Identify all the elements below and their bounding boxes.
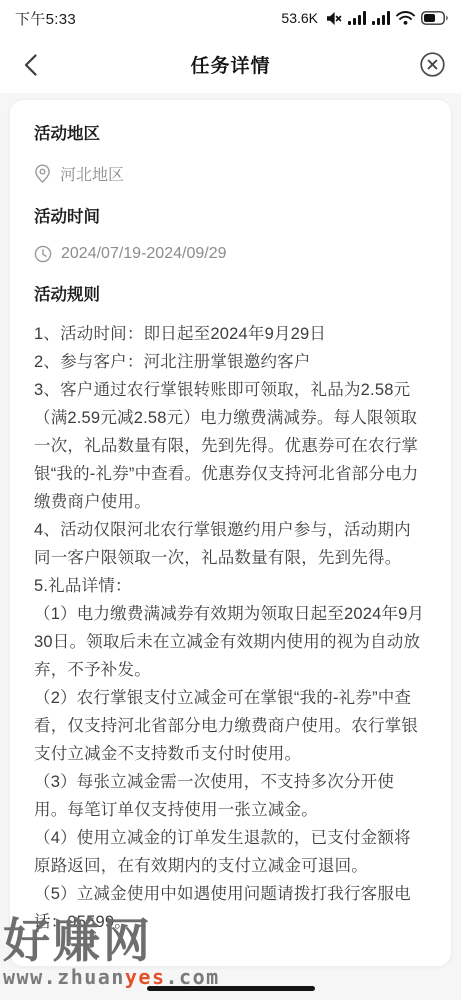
watermark-url-prefix: www.zhuan — [3, 965, 125, 989]
rule-item: （1）电力缴费满减券有效期为领取日起至2024年9月30日。领取后未在立减金有效… — [34, 600, 427, 684]
page-header: 任务详情 — [0, 36, 461, 93]
battery-icon — [421, 11, 448, 25]
region-row: 河北地区 — [34, 162, 427, 185]
rule-item: （3）每张立减金需一次使用，不支持多次分开使用。每笔订单仅支持使用一张立减金。 — [34, 768, 427, 824]
section-title-time: 活动时间 — [34, 203, 427, 227]
muted-speaker-icon — [325, 11, 342, 26]
rule-item: 2、参与客户：河北注册掌银邀约客户 — [34, 348, 427, 376]
task-detail-body: 活动地区 河北地区 活动时间 2024/07/19-2024/09/29 活动规… — [0, 93, 461, 1000]
cellular-signal-icon — [372, 11, 390, 25]
region-value: 河北地区 — [60, 162, 124, 185]
rule-item: 4、活动仅限河北农行掌银邀约用户参与，活动期内同一客户限领取一次，礼品数量有限，… — [34, 516, 427, 572]
status-icons: 53.6K — [281, 10, 448, 26]
rule-item: 1、活动时间：即日起至2024年9月29日 — [34, 320, 427, 348]
status-bar: 下午5:33 53.6K — [0, 0, 461, 36]
cellular-signal-icon — [348, 11, 366, 25]
time-row: 2024/07/19-2024/09/29 — [34, 245, 427, 263]
section-title-rules: 活动规则 — [34, 281, 427, 305]
home-indicator[interactable] — [147, 986, 315, 991]
time-value: 2024/07/19-2024/09/29 — [61, 245, 226, 263]
rule-item: 3、客户通过农行掌银转账即可领取，礼品为2.58元（满2.59元减2.58元）电… — [34, 376, 427, 516]
rule-item: （2）农行掌银支付立减金可在掌银“我的-礼券”中查看，仅支持河北省部分电力缴费商… — [34, 684, 427, 768]
circle-x-icon — [419, 51, 446, 78]
rules-text: 1、活动时间：即日起至2024年9月29日 2、参与客户：河北注册掌银邀约客户 … — [34, 320, 427, 936]
watermark-url: www.zhuanyes.com — [3, 967, 220, 987]
rule-item: 5.礼品详情： — [34, 572, 427, 600]
clock-icon — [34, 245, 52, 263]
page-title: 任务详情 — [190, 51, 270, 78]
section-title-region: 活动地区 — [34, 120, 427, 144]
rule-item: （5）立减金使用中如遇使用问题请拨打我行客服电话：95599。 — [34, 880, 427, 936]
wifi-icon — [396, 11, 415, 25]
status-time: 下午5:33 — [15, 8, 76, 29]
map-pin-icon — [34, 164, 51, 183]
task-detail-card: 活动地区 河北地区 活动时间 2024/07/19-2024/09/29 活动规… — [9, 99, 452, 967]
back-button[interactable] — [16, 51, 44, 79]
network-speed-label: 53.6K — [281, 10, 318, 26]
chevron-left-icon — [24, 54, 37, 76]
close-button[interactable] — [417, 50, 447, 80]
rule-item: （4）使用立减金的订单发生退款的，已支付金额将原路返回，在有效期内的支付立减金可… — [34, 824, 427, 880]
